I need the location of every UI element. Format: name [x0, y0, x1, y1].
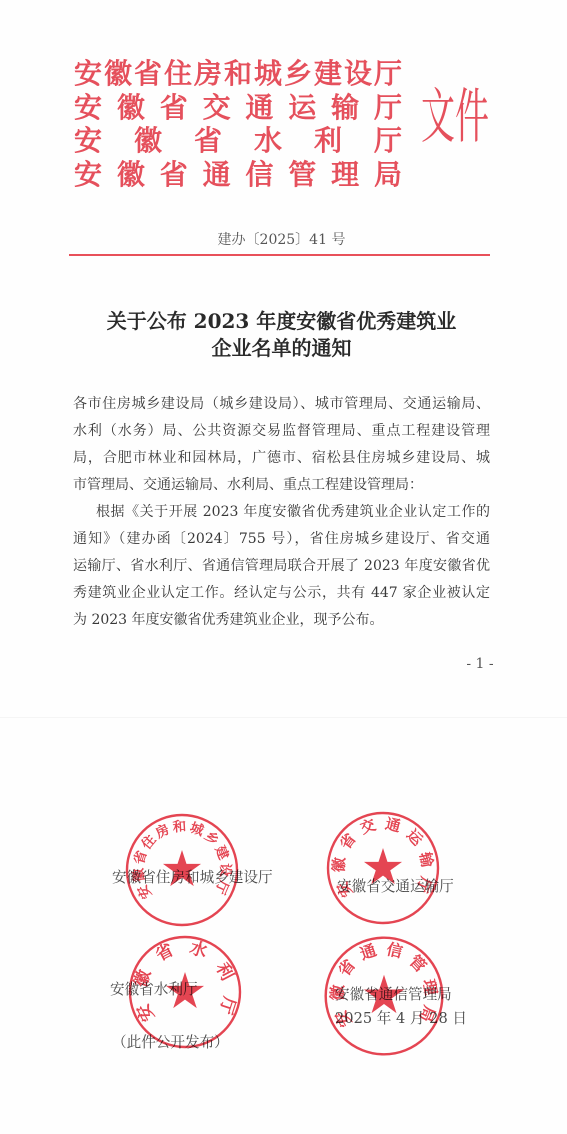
issuer-telecom: 安徽省通信管理局: [74, 158, 402, 192]
paragraph-addressees: 各市住房城乡建设局（城乡建设局）、城市管理局、交通运输局、 水利（水务）局、公共…: [73, 391, 490, 499]
seal-telecom: 安徽省通信管理局: [318, 930, 449, 1061]
star-icon: [163, 850, 201, 886]
body-line: 根据《关于开展 2023 年度安徽省优秀建筑业企业认定工作的: [73, 499, 490, 526]
seal-water: 安徽省水利厅: [123, 930, 247, 1054]
masthead-issuers: 安徽省住房和城乡建设厅 安徽省交通运输厅 安徽省水利厅 安徽省通信管理局: [74, 57, 402, 191]
issuer-transport: 安徽省交通运输厅: [74, 91, 402, 125]
body-line: 市管理局、交通运输局、水利局、重点工程建设管理局：: [73, 472, 490, 499]
document-number: 建办〔2025〕41 号: [73, 231, 490, 249]
masthead-suffix: 文件: [421, 88, 489, 148]
paragraph-announcement: 根据《关于开展 2023 年度安徽省优秀建筑业企业认定工作的 通知》（建办函〔2…: [73, 499, 490, 634]
seal-housing: 安徽省住房和城乡建设厅: [120, 808, 244, 932]
page-break: [0, 717, 567, 718]
seal-transport: 安徽省交通运输厅: [321, 806, 445, 930]
star-icon: [364, 975, 404, 1013]
body-line: 秀建筑业企业认定工作。经认定与公示，共有 447 家企业被认定: [73, 580, 490, 607]
red-divider: [69, 254, 490, 256]
star-icon: [166, 972, 204, 1008]
title-line-2: 企业名单的通知: [73, 335, 490, 362]
body-line: 各市住房城乡建设局（城乡建设局）、城市管理局、交通运输局、: [73, 391, 490, 418]
document-body: 各市住房城乡建设局（城乡建设局）、城市管理局、交通运输局、 水利（水务）局、公共…: [73, 391, 490, 634]
document-title: 关于公布 2023 年度安徽省优秀建筑业 企业名单的通知: [73, 308, 490, 362]
body-line: 水利（水务）局、公共资源交易监督管理局、重点工程建设管理: [73, 418, 490, 445]
body-line: 局，合肥市林业和园林局，广德市、宿松县住房城乡建设局、城: [73, 445, 490, 472]
issuer-water: 安徽省水利厅: [74, 124, 402, 158]
star-icon: [364, 848, 402, 884]
body-line: 通知》（建办函〔2024〕755 号），省住房城乡建设厅、省交通: [73, 526, 490, 553]
body-line: 为 2023 年度安徽省优秀建筑业企业，现予公布。: [73, 607, 490, 634]
body-line: 运输厅、省水利厅、省通信管理局联合开展了 2023 年度安徽省优: [73, 553, 490, 580]
title-line-1: 关于公布 2023 年度安徽省优秀建筑业: [73, 308, 490, 335]
issuer-housing: 安徽省住房和城乡建设厅: [74, 57, 402, 91]
page-number: - 1 -: [455, 656, 505, 672]
